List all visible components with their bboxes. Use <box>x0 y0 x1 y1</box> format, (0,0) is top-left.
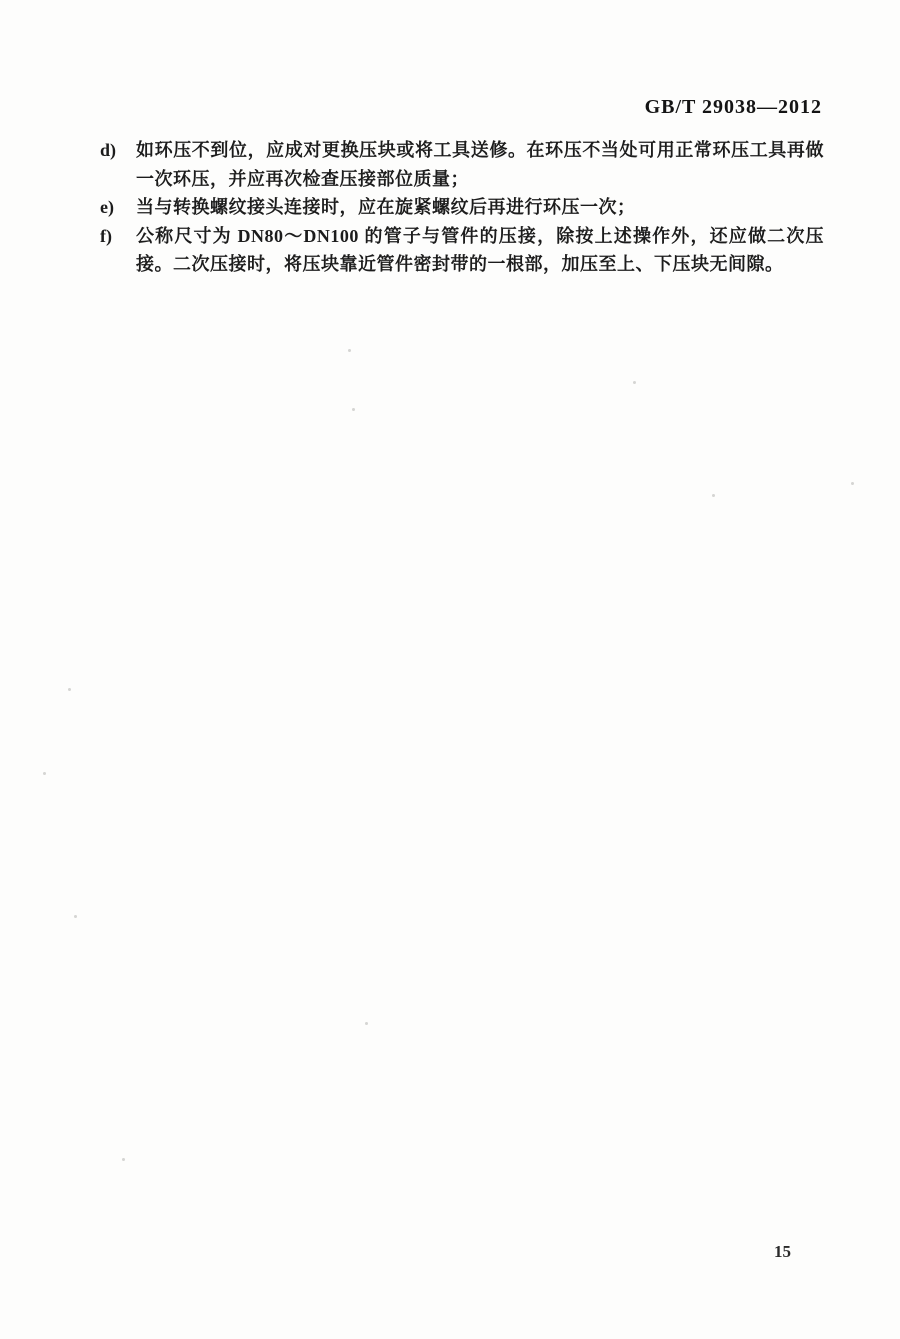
scan-speck <box>352 408 355 411</box>
scan-speck <box>712 494 715 497</box>
scan-speck <box>68 688 71 691</box>
document-page: GB/T 29038—2012 d) 如环压不到位，应成对更换压块或将工具送修。… <box>0 0 900 1339</box>
body-content: d) 如环压不到位，应成对更换压块或将工具送修。在环压不当处可用正常环压工具再做… <box>100 136 824 279</box>
list-item-text: 当与转换螺纹接头连接时，应在旋紧螺纹后再进行环压一次； <box>136 193 824 222</box>
scan-speck <box>43 772 46 775</box>
list-item-text: 公称尺寸为 DN80～DN100 的管子与管件的压接，除按上述操作外，还应做二次… <box>136 222 824 279</box>
scan-speck <box>348 349 351 352</box>
list-item-label: d) <box>100 136 136 165</box>
scan-speck <box>365 1022 368 1025</box>
scan-speck <box>74 915 77 918</box>
list-item-text: 如环压不到位，应成对更换压块或将工具送修。在环压不当处可用正常环压工具再做一次环… <box>136 136 824 193</box>
list-item: d) 如环压不到位，应成对更换压块或将工具送修。在环压不当处可用正常环压工具再做… <box>100 136 824 193</box>
list-item-label: e) <box>100 193 136 222</box>
page-number: 15 <box>774 1242 791 1262</box>
list-item: f) 公称尺寸为 DN80～DN100 的管子与管件的压接，除按上述操作外，还应… <box>100 222 824 279</box>
list-item-label: f) <box>100 222 136 251</box>
standard-number-header: GB/T 29038—2012 <box>645 96 822 119</box>
scan-speck <box>633 381 636 384</box>
list-item: e) 当与转换螺纹接头连接时，应在旋紧螺纹后再进行环压一次； <box>100 193 824 222</box>
scan-speck <box>122 1158 125 1161</box>
scan-speck <box>851 482 854 485</box>
